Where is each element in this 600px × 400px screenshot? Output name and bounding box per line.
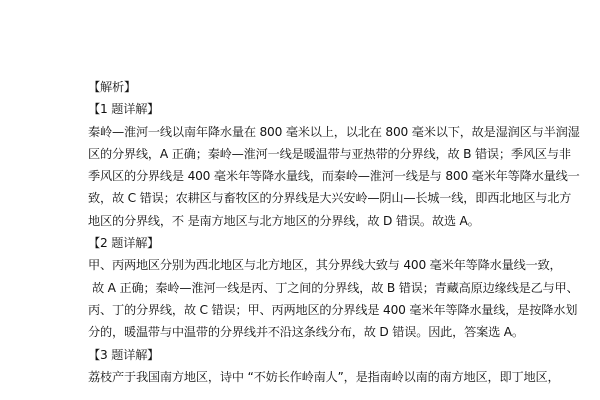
- analysis-heading: 【解析】: [88, 76, 558, 98]
- section-3-line: 荔枝产于我国南方地区，诗中 “不妨长作岭南人”，是指南岭以南的南方地区，即丁地区…: [88, 366, 558, 388]
- section-1-line: 致，故 C 错误；农耕区与畜牧区的分界线是大兴安岭—阴山—长城一线，即西北地区与…: [88, 187, 558, 209]
- section-1-line: 区的分界线，A 正确；秦岭—淮河一线是暖温带与亚热带的分界线，故 B 错误；季风…: [88, 143, 558, 165]
- section-1-heading: 【1 题详解】: [88, 98, 558, 120]
- section-2-line: 分的，暖温带与中温带的分界线并不沿这条线分布，故 D 错误。因此，答案选 A。: [88, 321, 558, 343]
- section-2-line: 故 A 正确；秦岭—淮河一线是丙、丁之间的分界线，故 B 错误；青藏高原边缘线是…: [88, 277, 558, 299]
- section-1-line: 季风区的分界线是 400 毫米年等降水量线，而秦岭—淮河一线是与 800 毫米年…: [88, 165, 558, 187]
- section-2-line: 丙、丁的分界线，故 C 错误；甲、丙两地区的分界线是 400 毫米年等降水量线，…: [88, 299, 558, 321]
- section-3-heading: 【3 题详解】: [88, 344, 558, 366]
- section-2-heading: 【2 题详解】: [88, 232, 558, 254]
- section-1-line: 地区的分界线，不 是南方地区与北方地区的分界线，故 D 错误。故选 A。: [88, 210, 558, 232]
- section-1-line: 秦岭—淮河一线以南年降水量在 800 毫米以上，以北在 800 毫米以下，故是湿…: [88, 121, 558, 143]
- answer-document: 【解析】 【1 题详解】 秦岭—淮河一线以南年降水量在 800 毫米以上，以北在…: [88, 76, 558, 388]
- section-2-line: 甲、丙两地区分别为西北地区与北方地区，其分界线大致与 400 毫米年等降水量线一…: [88, 254, 558, 276]
